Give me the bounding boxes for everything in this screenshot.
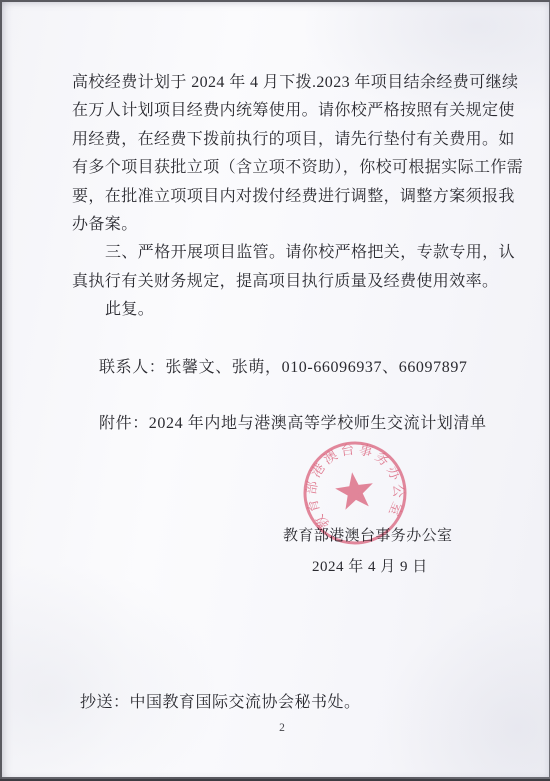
signature-date: 2024 年 4 月 9 日 bbox=[312, 555, 428, 576]
body-paragraphs: 高校经费计划于 2024 年 4 月下拨.2023 年项目结余经费可继续 在万人… bbox=[72, 69, 512, 325]
body-line: 用经费，在经费下拨前执行的项目，请先行垫付有关费用。如 bbox=[72, 126, 512, 154]
contact-line: 联系人：张馨文、张萌，010-66096937、66097897 bbox=[99, 354, 468, 377]
scan-shadow-bottom-right bbox=[382, 602, 550, 781]
scan-shadow-bottom-left bbox=[2, 562, 222, 781]
body-line: 在万人计划项目经费内统筹使用。请你校严格按照有关规定使 bbox=[72, 97, 512, 125]
body-line: 办备案。 bbox=[72, 211, 512, 239]
body-line: 高校经费计划于 2024 年 4 月下拨.2023 年项目结余经费可继续 bbox=[72, 69, 512, 97]
body-line: 有多个项目获批立项（含立项不资助），你校可根据实际工作需 bbox=[72, 154, 512, 182]
body-line: 要，在批准立项项目内对拨付经费进行调整，调整方案须报我 bbox=[72, 183, 512, 211]
body-line: 真执行有关财务规定，提高项目执行质量及经费使用效率。 bbox=[72, 268, 512, 296]
document-page: 高校经费计划于 2024 年 4 月下拨.2023 年项目结余经费可继续 在万人… bbox=[2, 2, 549, 777]
cc-line: 抄送：中国教育国际交流协会秘书处。 bbox=[80, 689, 361, 712]
star-icon bbox=[333, 470, 376, 511]
page-number: 2 bbox=[272, 722, 292, 734]
official-seal: 教育部港澳台事务办公室 bbox=[290, 428, 420, 558]
body-line: 此复。 bbox=[72, 296, 512, 324]
body-line: 三、严格开展项目监管。请你校严格把关，专款专用，认 bbox=[72, 239, 512, 267]
scanned-document: 高校经费计划于 2024 年 4 月下拨.2023 年项目结余经费可继续 在万人… bbox=[0, 0, 550, 781]
